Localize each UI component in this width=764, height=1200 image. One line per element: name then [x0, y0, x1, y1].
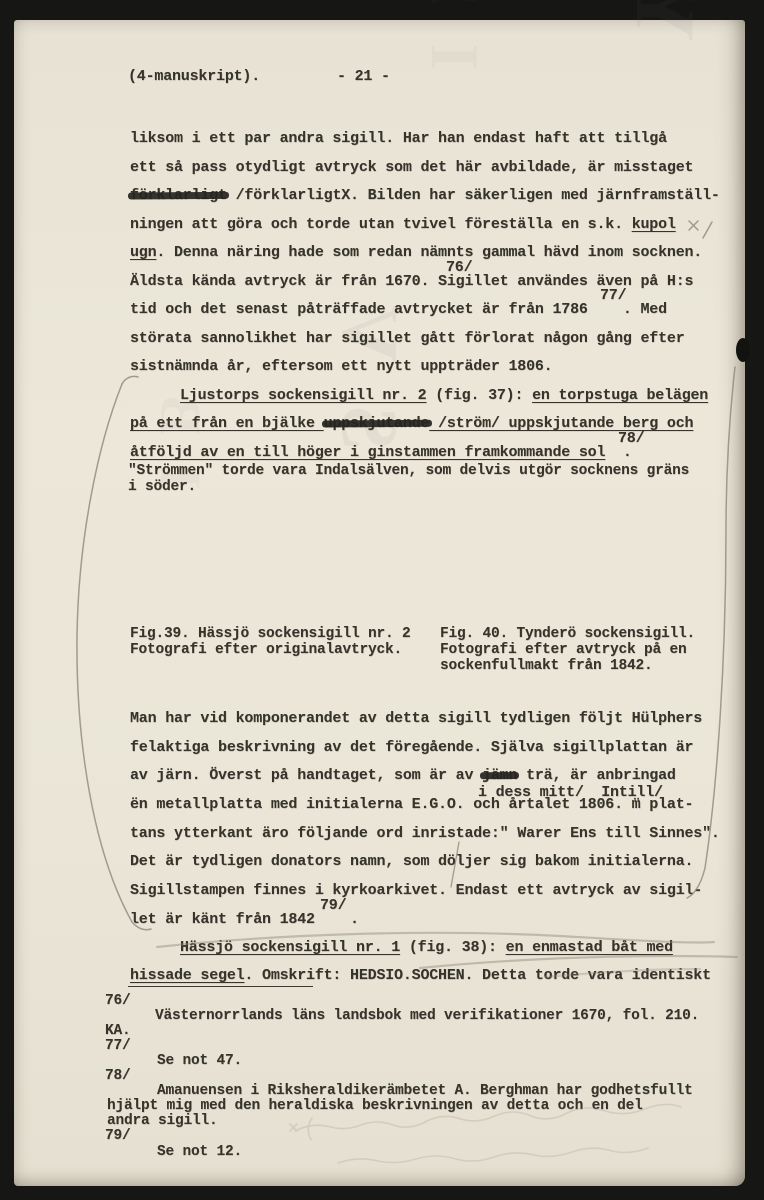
body-line: tans ytterkant äro följande ord inristad…	[130, 825, 720, 843]
footnote-text-76: Västernorrlands läns landsbok med verifi…	[155, 1008, 699, 1024]
figure-caption-40: Fig. 40. Tynderö sockensigill.	[440, 626, 695, 642]
manuscript-label: (4-manuskript).	[128, 68, 260, 86]
body-line: på ett från en bjälke uppskjutande /strö…	[130, 415, 693, 433]
body-text: ningen att göra och torde utan tvivel fö…	[130, 216, 632, 233]
body-text: /förklarligtX. Bilden har säkerligen med…	[227, 187, 720, 204]
footnote-number-78: 78/	[105, 1068, 131, 1084]
footnote-number-79: 79/	[105, 1128, 131, 1144]
underlined-term: ugn	[130, 244, 156, 261]
body-line: Man har vid komponerandet av detta sigil…	[130, 710, 702, 728]
footnote-number-76: 76/	[105, 993, 131, 1009]
underlined-blazon: /ström/ uppskjutande berg och	[429, 415, 693, 432]
ghost-bleed-text: Y B	[616, 0, 714, 42]
body-line: Det är tydligen donators namn, som dölje…	[130, 853, 693, 871]
footnote-text-78: hjälpt mig med den heraldiska beskrivnin…	[107, 1098, 643, 1114]
underlined-blazon: på ett från en bjälke	[130, 415, 324, 432]
photographed-manuscript-page: { "header": { "left": "(4-manuskript).",…	[0, 0, 764, 1200]
body-line: störata sannolikhet har sigillet gått fö…	[130, 330, 685, 348]
section-heading: Ljustorps sockensigill nr. 2 (fig. 37): …	[180, 387, 708, 405]
body-line: sistnämnda år, eftersom ett nytt uppträd…	[130, 358, 552, 376]
body-text: . Omskrift: HEDSIO.SOCHEN. Detta torde v…	[244, 967, 710, 984]
footnote-text-77: Se not 47.	[157, 1053, 242, 1069]
underlined-term: kupol	[632, 216, 676, 233]
inline-note-line: "Strömmen" torde vara Indalsälven, som d…	[128, 463, 689, 479]
typewriter-deleted-word: jämn	[482, 767, 517, 784]
underlined-blazon: hissade segel	[130, 967, 244, 984]
typewriter-deleted-word: förklarligt	[130, 187, 227, 204]
footnote-text-78: andra sigill.	[107, 1113, 218, 1129]
body-line: hissade segel. Omskrift: HEDSIO.SOCHEN. …	[130, 967, 711, 985]
footnote-text-76: KA.	[105, 1023, 131, 1039]
body-line: åtföljd av en till höger i ginstammen fr…	[130, 444, 632, 462]
body-line: ett så pass otydligt avtryck som det här…	[130, 159, 693, 177]
underlined-blazon: en enmastad båt med	[506, 939, 673, 956]
body-text: (fig. 38):	[400, 939, 506, 956]
body-text: (fig. 37):	[426, 387, 532, 404]
body-line: Sigillstampen finnes i kyrkoarkivet. End…	[130, 882, 702, 900]
body-line: felaktiga beskrivning av det föregående.…	[130, 739, 693, 757]
footnote-number-77: 77/	[105, 1038, 131, 1054]
underlined-heading: Ljustorps sockensigill nr. 2	[180, 387, 426, 404]
body-line: ën metallplatta med initialerna E.G.O. o…	[130, 796, 693, 814]
body-line: av järn. Överst på handtaget, som är av …	[130, 767, 676, 785]
figure-caption-39: Fotografi efter originalavtryck.	[130, 642, 402, 658]
footnote-text-79: Se not 12.	[157, 1144, 242, 1160]
footnote-rule	[128, 986, 313, 987]
body-text: . Denna näring hade som redan nämnts gam…	[156, 244, 702, 261]
underlined-heading: Hässjö sockensigill nr. 1	[180, 939, 400, 956]
section-heading: Hässjö sockensigill nr. 1 (fig. 38): en …	[180, 939, 673, 957]
figure-caption-40: Fotografi efter avtryck på en	[440, 642, 687, 658]
ghost-bleed-text: I Z	[415, 0, 494, 70]
body-line: tid och det senast påträffade avtrycket …	[130, 301, 667, 319]
body-text: trä, är anbringad	[517, 767, 675, 784]
body-line: let är känt från 1842 .	[130, 911, 359, 929]
body-line: liksom i ett par andra sigill. Har han e…	[130, 130, 667, 148]
footnote-text-78: Amanuensen i Riksheraldikerämbetet A. Be…	[157, 1083, 693, 1099]
body-line: ningen att göra och torde utan tvivel fö…	[130, 216, 676, 234]
inline-note-line: i söder.	[128, 479, 196, 495]
body-text: av järn. Överst på handtaget, som är av	[130, 767, 482, 784]
body-line: ugn. Denna näring hade som redan nämnts …	[130, 244, 702, 262]
underlined-blazon: en torpstuga belägen	[532, 387, 708, 404]
figure-caption-39: Fig.39. Hässjö sockensigill nr. 2	[130, 626, 411, 642]
body-text: .	[605, 444, 631, 461]
typewriter-deleted-word: uppskjutande	[324, 415, 430, 432]
underlined-blazon: åtföljd av en till höger i ginstammen fr…	[130, 444, 605, 461]
body-line: förklarligt /förklarligtX. Bilden har sä…	[130, 187, 720, 205]
figure-caption-40: sockenfullmakt från 1842.	[440, 658, 653, 674]
page-number: - 21 -	[337, 68, 390, 86]
